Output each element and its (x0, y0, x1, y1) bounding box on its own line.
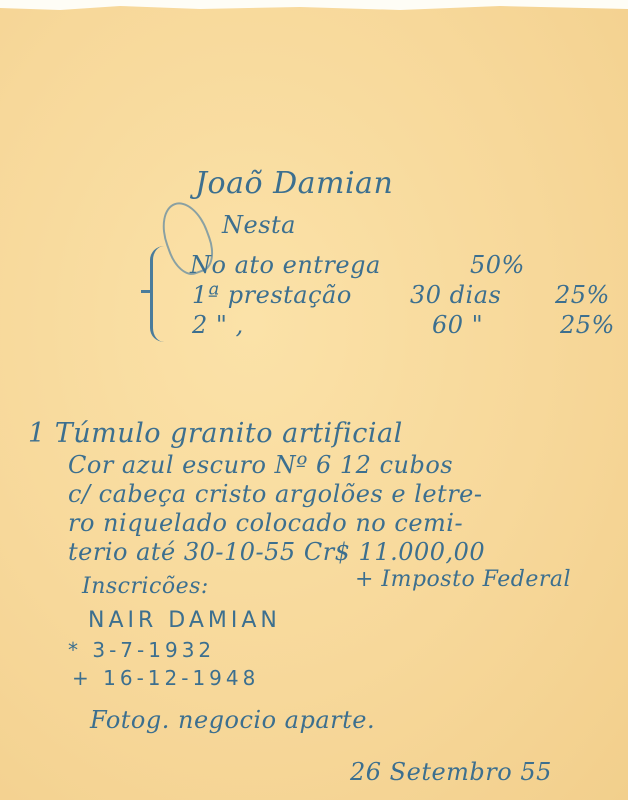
payment-term-3-percent: 25% (560, 311, 615, 339)
photo-note: Fotog. negocio aparte. (90, 706, 375, 734)
body-line-4: ro niquelado colocado no cemi- (68, 509, 463, 537)
curly-brace (150, 246, 181, 342)
payment-term-2-percent: 25% (555, 281, 610, 309)
payment-term-2-label: 1ª prestação (192, 281, 352, 309)
inscription-name: NAIR DAMIAN (88, 608, 281, 633)
payment-term-3-days: 60 " (432, 311, 483, 339)
payment-term-1-percent: 50% (470, 251, 525, 279)
inscription-born: * 3-7-1932 (68, 638, 215, 662)
body-line-5-price: terio até 30-10-55 Cr$ 11.000,00 (68, 538, 485, 566)
payment-term-1-label: No ato entrega (190, 251, 381, 279)
document-date: 26 Setembro 55 (350, 758, 552, 786)
paper-sheet: Joaõ Damian Nesta No ato entrega 50% 1ª … (0, 6, 628, 800)
body-line-6-tax: + Imposto Federal (355, 567, 571, 592)
recipient-location: Nesta (222, 211, 296, 239)
body-line-2: Cor azul escuro Nº 6 12 cubos (68, 451, 453, 479)
payment-term-3-label: 2 " , (192, 311, 244, 339)
body-line-1: 1 Túmulo granito artificial (28, 418, 403, 449)
body-line-3: c/ cabeça cristo argolões e letre- (68, 480, 483, 508)
inscription-died: + 16-12-1948 (72, 666, 259, 690)
inscription-label: Inscricões: (82, 574, 209, 599)
payment-term-2-days: 30 dias (410, 281, 501, 309)
recipient-name: Joaõ Damian (195, 166, 393, 201)
